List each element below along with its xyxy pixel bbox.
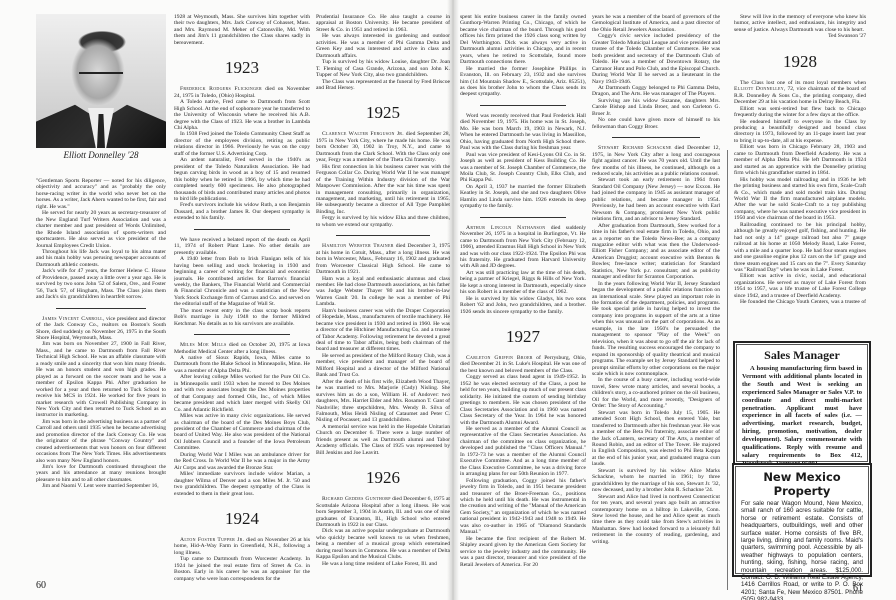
paragraph: Miles was active in many civic organizat… bbox=[174, 413, 310, 452]
section-divider bbox=[194, 229, 290, 230]
paragraph: Throughout his life Jack was loyal to hi… bbox=[36, 249, 166, 268]
paragraph: Miles' immediate survivors include widow… bbox=[174, 471, 310, 497]
section-divider bbox=[480, 105, 566, 106]
paragraph: A native of Sioux Rapids, Iowa, Miles ca… bbox=[174, 355, 310, 374]
paragraph: Stewart took an early retirement in 1964… bbox=[592, 177, 720, 222]
paragraph: He became the first recipient of the Rob… bbox=[460, 536, 586, 568]
photo-caption: Elliott Donnelley '28 bbox=[36, 150, 166, 160]
paragraph: Elliott was born in Chicago February 28,… bbox=[734, 144, 866, 176]
paragraph: The Class was represented at the funeral… bbox=[316, 79, 450, 92]
section-divider bbox=[336, 235, 430, 236]
class-year-heading: 1925 bbox=[316, 103, 450, 123]
obituary-name: Hamilton Webster Trainer bbox=[322, 243, 394, 249]
column-rule bbox=[727, 150, 728, 590]
paragraph: An ardent naturalist, Fred served in the… bbox=[174, 157, 310, 202]
magazine-spread: Elliott Donnelley '28 "Gentleman Sports … bbox=[0, 0, 896, 600]
new-mexico-property-ad: New Mexico Property For sale near Wagon … bbox=[732, 463, 872, 577]
paragraph: Elliott was active in civic, social, and… bbox=[734, 273, 866, 299]
paragraph: In the years following World War II, Jer… bbox=[592, 281, 720, 378]
paragraph: After leaving college Miles worked for t… bbox=[174, 374, 310, 413]
page-number-left: 60 bbox=[36, 580, 46, 591]
left-column-3: Prudential Insurance Co. He also taught … bbox=[316, 14, 450, 594]
paragraph: Jim and Naomi V. Lent were married Septe… bbox=[36, 483, 166, 489]
obituary-name: Clarence Walter Ferguson Jr. bbox=[322, 131, 404, 137]
paragraph: After the death of his first wife, Eliza… bbox=[316, 379, 450, 424]
paragraph: During World War I Miles was an ambulanc… bbox=[174, 452, 310, 471]
section-divider bbox=[56, 308, 146, 309]
paragraph: No one could have given more of himself … bbox=[592, 117, 720, 130]
ad-body: A housing manufacturing firm based in Ve… bbox=[742, 365, 862, 468]
class-year-heading: 1926 bbox=[316, 468, 450, 488]
paragraph: In the course of a busy career, includin… bbox=[592, 377, 720, 409]
paragraph: After graduation from Dartmouth, Stew wo… bbox=[592, 223, 720, 281]
obituary-name: James Vincent Carroll bbox=[42, 316, 103, 322]
paragraph: He served as a member of the Alumni Coun… bbox=[460, 426, 586, 478]
left-column-2: 1928 at Weymouth, Mass. She survives him… bbox=[174, 14, 310, 584]
section-divider bbox=[612, 137, 700, 138]
paragraph: Prudential Insurance Co. He also taught … bbox=[316, 14, 450, 33]
paragraph: He served as president of the Milford Ro… bbox=[316, 353, 450, 379]
class-year-heading: 1927 bbox=[460, 327, 586, 347]
ad-body: For sale near Wagon Mound, New Mexico, s… bbox=[741, 500, 863, 600]
paragraph: Fred's survivors include his widow Ruth,… bbox=[174, 202, 310, 221]
right-column-3: Stew will live in the memory of everyone… bbox=[734, 14, 866, 304]
ad-title: Sales Manager bbox=[742, 348, 862, 363]
portrait-photo bbox=[36, 14, 166, 148]
page-number-right: 61 bbox=[853, 583, 863, 594]
paragraph: years he was a member of the board of go… bbox=[592, 14, 720, 33]
right-column-1: spent his entire business career in the … bbox=[460, 14, 586, 594]
paragraph: Ham's business career was with the Drape… bbox=[316, 308, 450, 353]
obituary-name: Miles Moe Mills bbox=[180, 342, 226, 348]
paragraph: He was always interested in gardening an… bbox=[316, 33, 450, 59]
paragraph: Paul was vice president of Kesi-Lyons Oi… bbox=[460, 152, 586, 184]
paragraph: Railroading continued to be his principa… bbox=[734, 222, 866, 274]
paragraph: A memorial service was held in the Hoped… bbox=[316, 424, 450, 456]
paragraph: Following graduation, Coggy joined his f… bbox=[460, 478, 586, 536]
paragraph: He founded the Chicago Youth Centers, wa… bbox=[734, 299, 866, 304]
paragraph: He married the former Josephine Phillips… bbox=[460, 66, 586, 98]
paragraph: Stewart was born in Toledo July 15, 1905… bbox=[592, 410, 720, 468]
paragraph: At Dartmouth Coggy belonged to Phi Gamma… bbox=[592, 85, 720, 98]
paragraph: We have received a belated report of the… bbox=[174, 237, 310, 256]
paragraph: Jim was born on November 27, 1900 in Fal… bbox=[36, 341, 166, 418]
left-column-1: "Gentleman Sports Reporter — noted for h… bbox=[36, 164, 166, 584]
paragraph: Stewart is survived by his widow Alice M… bbox=[592, 468, 720, 494]
sales-manager-ad: Sales Manager A housing manufacturing fi… bbox=[733, 341, 871, 465]
obituary-name: Stewart Richard Schackne bbox=[598, 145, 672, 151]
paragraph: "Gentleman Sports Reporter — noted for h… bbox=[36, 178, 166, 210]
paragraph: Stew will live in the memory of everyone… bbox=[734, 14, 866, 33]
paragraph: Coggy's civic service included presidenc… bbox=[592, 33, 720, 85]
paragraph: Jack's wife for 47 years, the former Hel… bbox=[36, 268, 166, 300]
obituary-name: Frederick Rodgers Flickinger bbox=[180, 86, 262, 92]
paragraph: The most recent entry in the class scrap… bbox=[174, 308, 310, 327]
paragraph: Elliott was semi-retired but flew back t… bbox=[734, 106, 866, 119]
section-divider bbox=[480, 217, 566, 218]
class-year-heading: 1928 bbox=[734, 52, 866, 72]
section-divider bbox=[194, 334, 290, 335]
paragraph: Ham was a loyal and enthusiastic alumnus… bbox=[316, 276, 450, 308]
obituary-name: Arthur Lincoln Nathanson bbox=[466, 225, 545, 231]
paragraph: He is survived by his widow Gladys, his … bbox=[460, 296, 586, 315]
paragraph: Surviving are his widow Suzanne, daughte… bbox=[592, 98, 720, 117]
paragraph: spent his entire business career in the … bbox=[460, 14, 586, 66]
paragraph: Tup is survived by his widow Louise, dau… bbox=[316, 59, 450, 78]
paragraph: Stewart and Alice had lived in northwest… bbox=[592, 494, 720, 546]
paragraph: A 1940 letter from Bob to Irish Flanigan… bbox=[174, 256, 310, 308]
right-column-2: years he was a member of the board of go… bbox=[592, 14, 720, 594]
paragraph: In 1938 Fred joined the Toledo Community… bbox=[174, 131, 310, 157]
class-year-heading: 1923 bbox=[174, 58, 310, 78]
paragraph: Tup came to Dartmouth from Worcester Aca… bbox=[174, 556, 310, 582]
paragraph: Word was recently received that Paul Fre… bbox=[460, 113, 586, 152]
paragraph: His hobby was model railroading and in 1… bbox=[734, 177, 866, 222]
paragraph: Jim was born in the advertising business… bbox=[36, 419, 166, 464]
paragraph: He served for nearly 20 years as secreta… bbox=[36, 210, 166, 249]
paragraph: He was a long time resident of Lake Fore… bbox=[316, 561, 450, 567]
paragraph: Dick was an active popular undergraduate… bbox=[316, 528, 450, 560]
paragraph: He endeared himself to everyone in the C… bbox=[734, 119, 866, 145]
author-signature: Ted Swanson '27 bbox=[734, 33, 866, 39]
paragraph: On April 3, 1937 he married the former E… bbox=[460, 184, 586, 210]
class-year-heading: 1924 bbox=[174, 509, 310, 529]
paragraph: His first connection in his business car… bbox=[316, 164, 450, 216]
paragraph: 1928 at Weymouth, Mass. She survives him… bbox=[174, 14, 310, 46]
paragraph: Coggy served as class head agent in 1949… bbox=[460, 374, 586, 426]
paragraph: Art was still practicing law at the time… bbox=[460, 270, 586, 296]
obituary-name: Elliott Donnelley bbox=[734, 86, 784, 92]
paragraph: Jim's love for Dartmouth continued throu… bbox=[36, 464, 166, 483]
ad-title: New Mexico Property bbox=[741, 470, 863, 498]
obituary-name: Richard Geddes Gunthorp bbox=[322, 496, 391, 502]
paragraph: A Toledo native, Fred came to Dartmouth … bbox=[174, 99, 310, 131]
paragraph: Fergy is survived by his widow Elka and … bbox=[316, 215, 450, 228]
photo-glasses bbox=[79, 72, 123, 86]
